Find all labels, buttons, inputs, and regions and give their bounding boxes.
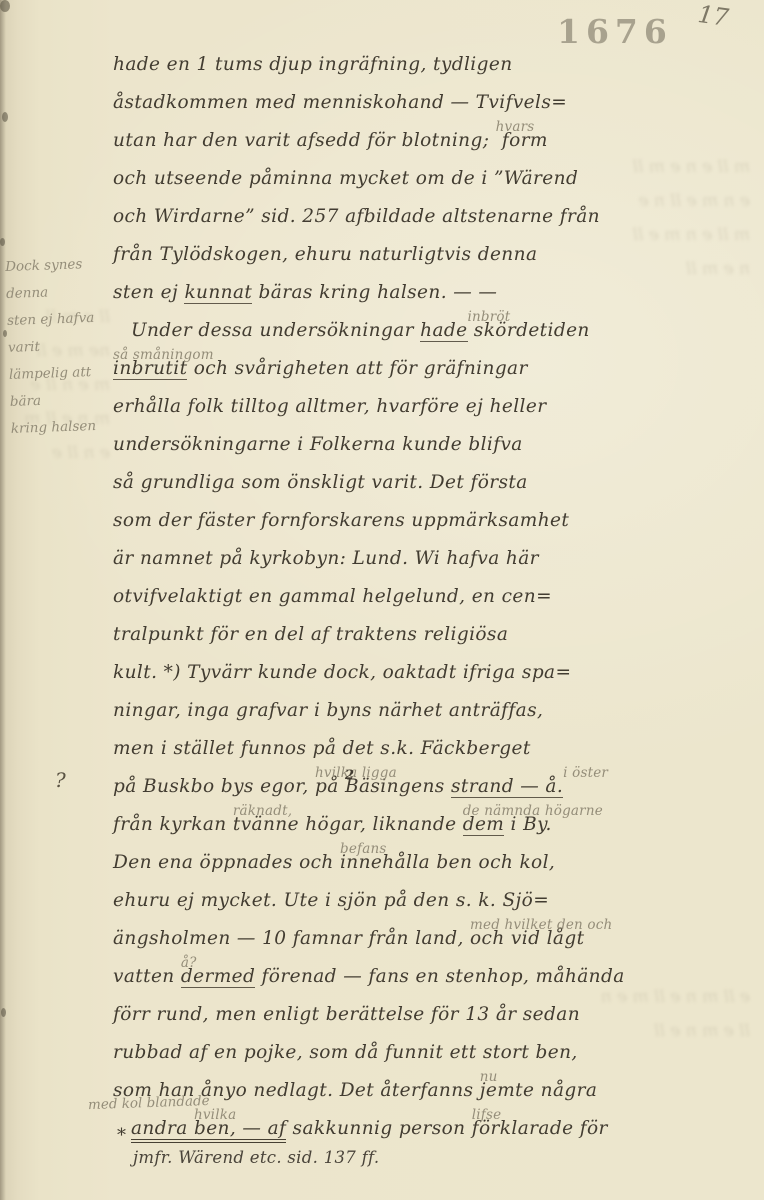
manuscript-line: Under dessa undersökningar hadeinbröt sk… — [113, 312, 753, 350]
ink-text: på Buskbo bys egor, — [113, 776, 315, 797]
ink-text: rubbad af en pojke, som då funnit ett st… — [113, 1042, 578, 1063]
left-margin-pencil-note: Dock synes denna sten ej hafva varit läm… — [5, 250, 122, 443]
ink-text: vatten — [113, 966, 181, 987]
manuscript-line: ängsholmen — 10 famnar från land, med hv… — [113, 920, 753, 958]
ink-text: hade en 1 tums djup ingräfning, tydligen — [113, 54, 513, 75]
ink-text: förenad — fans en stenhop, måhända — [255, 966, 624, 987]
manuscript-text: hade en 1 tums djup ingräfning, tydligen… — [113, 46, 753, 1148]
manuscript-line: åstadkommen med menniskohand — Tvifvels= — [113, 84, 753, 122]
manuscript-line: sten ej kunnat bäras kring halsen. — — — [113, 274, 753, 312]
manuscript-line: så grundliga som önskligt varit. Det för… — [113, 464, 753, 502]
manuscript-line: och utseende påminna mycket om de i ”Wär… — [113, 160, 753, 198]
manuscript-line: hade en 1 tums djup ingräfning, tydligen — [113, 46, 753, 84]
ink-text: och utseende påminna mycket om de i ”Wär… — [113, 168, 578, 189]
manuscript-line: Den ena öppnades och befansinnehålla ben… — [113, 844, 753, 882]
manuscript-line: erhålla folk tilltog alltmer, hvarföre e… — [113, 388, 753, 426]
ink-text: förr rund, men enligt berättelse för 13 … — [113, 1004, 580, 1025]
ink-text: erhålla folk tilltog alltmer, hvarföre e… — [113, 396, 546, 417]
margin-note-line: lämpelig att bära — [9, 358, 121, 416]
margin-note-line: sten ej hafva varit — [7, 304, 119, 362]
ink-text: kult. *) Tyvärr kunde dock, oaktadt ifri… — [113, 662, 571, 683]
ink-text: hade — [420, 320, 467, 342]
ink-text: från Tylödskogen, ehuru naturligtvis den… — [113, 244, 537, 265]
ink-text: ehuru ej mycket. Ute i sjön på den s. k.… — [113, 890, 549, 911]
ink-text: bäras kring halsen. — — — [252, 282, 497, 303]
manuscript-line: tralpunkt för en del af traktens religiö… — [113, 616, 753, 654]
edge-speck — [3, 330, 7, 337]
manuscript-line: förr rund, men enligt berättelse för 13 … — [113, 996, 753, 1034]
footnote-marker: * — [117, 1125, 126, 1146]
ink-text: och svårigheten att för gräfningar — [187, 358, 527, 379]
ink-text: andra — [131, 1118, 194, 1143]
ink-text: som der fäster fornforskarens uppmärksam… — [113, 510, 569, 531]
manuscript-line: ningar, inga grafvar i byns närhet anträ… — [113, 692, 753, 730]
manuscript-line: ehuru ej mycket. Ute i sjön på den s. k.… — [113, 882, 753, 920]
manuscript-line: undersökningarne i Folkerna kunde blifva — [113, 426, 753, 464]
manuscript-line: vatten å?dermed förenad — fans en stenho… — [113, 958, 753, 996]
edge-speck — [0, 238, 5, 246]
ink-text: är namnet på kyrkobyn: Lund. Wi hafva hä… — [113, 548, 539, 569]
manuscript-line: otvifvelaktigt en gammal helgelund, en c… — [113, 578, 753, 616]
manuscript-line: men i stället funnos på det s.k. Fäckber… — [113, 730, 753, 768]
manuscript-line: från Tylödskogen, ehuru naturligtvis den… — [113, 236, 753, 274]
page-number: 17 — [696, 0, 730, 32]
page-edge-shadow — [0, 0, 6, 1200]
manuscript-line: rubbad af en pojke, som då funnit ett st… — [113, 1034, 753, 1072]
manuscript-line: som han ånyo nedlagt. Det återfanns nuje… — [113, 1072, 753, 1110]
ink-text: åstadkommen med menniskohand — Tvifvels= — [113, 92, 567, 113]
ink-text: som han ånyo nedlagt. Det återfanns — [113, 1080, 480, 1101]
manuscript-line: är namnet på kyrkobyn: Lund. Wi hafva hä… — [113, 540, 753, 578]
ink-text: kunnat — [184, 282, 252, 304]
manuscript-line: och Wirdarne” sid. 257 afbildade altsten… — [113, 198, 753, 236]
ink-text: utan har den varit afsedd för blotning; — [113, 130, 496, 151]
ink-text: från kyrkan — [113, 814, 233, 835]
manuscript-line: på Buskbo bys egor, hvilka liggapå 2Bäsi… — [113, 768, 753, 806]
edge-speck — [0, 0, 10, 12]
margin-question-mark: ? — [55, 768, 66, 792]
ink-text: så grundliga som önskligt varit. Det för… — [113, 472, 528, 493]
edge-speck — [1, 1008, 6, 1017]
ink-text: Under dessa undersökningar — [131, 320, 420, 341]
manuscript-line: kult. *) Tyvärr kunde dock, oaktadt ifri… — [113, 654, 753, 692]
ink-text: strand — å. — [451, 776, 563, 798]
ink-text: ängsholmen — 10 famnar från land, — [113, 928, 470, 949]
ink-text: sakkunnig person — [286, 1118, 471, 1139]
ink-text: sten ej — [113, 282, 184, 303]
footnote-text: jmfr. Wärend etc. sid. 137 ff. — [133, 1148, 379, 1167]
margin-note-line: kring halsen — [10, 412, 121, 443]
ink-text: otvifvelaktigt en gammal helgelund, en c… — [113, 586, 552, 607]
edge-speck — [2, 112, 8, 122]
ink-text: undersökningarne i Folkerna kunde blifva — [113, 434, 523, 455]
manuscript-line: från kyrkan räknadt,tvänne högar, liknan… — [113, 806, 753, 844]
manuscript-line: som der fäster fornforskarens uppmärksam… — [113, 502, 753, 540]
ink-text: men i stället funnos på det s.k. Fäckber… — [113, 738, 531, 759]
manuscript-line: utan har den varit afsedd för blotning; … — [113, 122, 753, 160]
ink-text: Den ena öppnades och — [113, 852, 340, 873]
ink-text: tralpunkt för en del af traktens religiö… — [113, 624, 508, 645]
margin-note-line: Dock synes denna — [5, 250, 117, 308]
manuscript-line: så småningominbrutit och svårigheten att… — [113, 350, 753, 388]
manuscript-line: andra hvilkaben, — af sakkunnig person l… — [113, 1110, 753, 1148]
ink-text: och Wirdarne” sid. 257 afbildade altsten… — [113, 206, 600, 227]
ink-text: ningar, inga grafvar i byns närhet anträ… — [113, 700, 543, 721]
